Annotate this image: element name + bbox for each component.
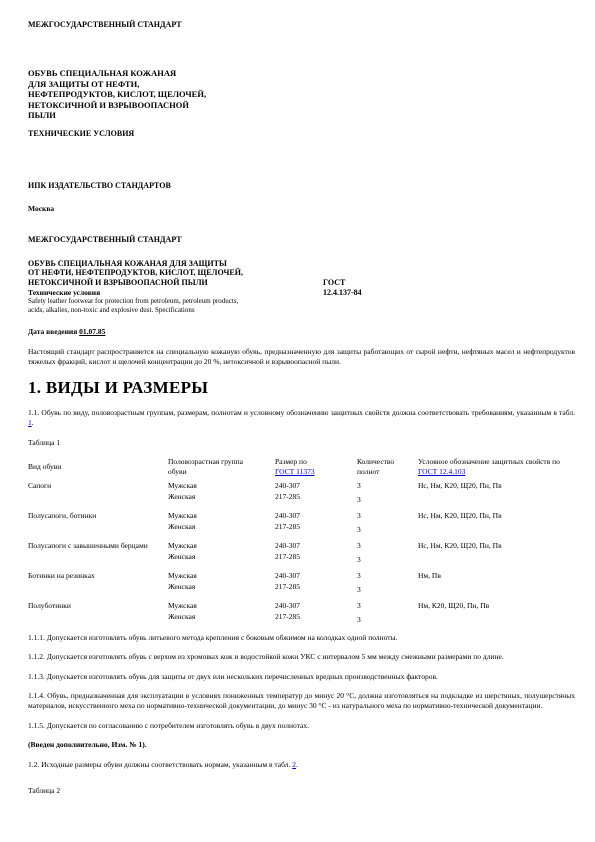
table-1-caption: Таблица 1: [28, 438, 575, 448]
paragraph-1-1-period: .: [32, 418, 34, 427]
standard-header-repeat: МЕЖГОСУДАРСТВЕННЫЙ СТАНДАРТ: [28, 235, 575, 245]
header-protection-designation: Условное обозначение защитных свойств по…: [418, 457, 575, 481]
document-subtitle: ТЕХНИЧЕСКИЕ УСЛОВИЯ: [28, 129, 575, 139]
effective-date-label: Дата введения: [28, 327, 79, 336]
document-title-block: ОБУВЬ СПЕЦИАЛЬНАЯ КОЖАНАЯ ДЛЯ ЗАЩИТЫ ОТ …: [28, 68, 575, 121]
standard-header-top: МЕЖГОСУДАРСТВЕННЫЙ СТАНДАРТ: [28, 20, 575, 30]
cell-designation: Нм, К20, Щ20, Пн, Пв: [418, 601, 575, 631]
cell-footwear-type: Полусапоги, ботинки: [28, 511, 168, 541]
paragraph-1-2-period: .: [296, 760, 298, 769]
cell-width-count: 33: [357, 481, 418, 511]
title-line: ОБУВЬ СПЕЦИАЛЬНАЯ КОЖАНАЯ: [28, 68, 575, 79]
standard-title-line: НЕТОКСИЧНОЙ И ВЗРЫВООПАСНОЙ ПЫЛИ: [28, 278, 575, 288]
effective-date-line: Дата введения 01.07.85: [28, 327, 575, 337]
paragraph-1-1-4: 1.1.4. Обувь, предназначенная для эксплу…: [28, 691, 575, 711]
link-gost-12-4-103[interactable]: ГОСТ 12.4.103: [418, 467, 465, 476]
cell-width-count: 33: [357, 541, 418, 571]
paragraph-1-1-5: 1.1.5. Допускается по согласованию с пот…: [28, 721, 575, 731]
effective-date-value: 01.07.85: [79, 327, 105, 336]
cell-designation: Нм, Пв: [418, 571, 575, 601]
gost-label: ГОСТ: [323, 278, 362, 288]
standard-title-ru: ОБУВЬ СПЕЦИАЛЬНАЯ КОЖАНАЯ ДЛЯ ЗАЩИТЫ ОТ …: [28, 259, 575, 288]
standard-subtitle-ru: Технические условия: [28, 288, 575, 298]
paragraph-1-1-text: 1.1. Обувь по виду, половозрастным групп…: [28, 408, 575, 417]
cell-footwear-type: Ботинки на резинках: [28, 571, 168, 601]
cell-size: 240-307217-285: [275, 541, 357, 571]
cell-size: 240-307217-285: [275, 481, 357, 511]
paragraph-1-2-text: 1.2. Исходные размеры обуви должны соотв…: [28, 760, 292, 769]
document-page: МЕЖГОСУДАРСТВЕННЫЙ СТАНДАРТ ОБУВЬ СПЕЦИА…: [0, 0, 595, 842]
table-row: Полуботинки МужскаяЖенская 240-307217-28…: [28, 601, 575, 631]
cell-group: МужскаяЖенская: [168, 481, 275, 511]
title-line: НЕФТЕПРОДУКТОВ, КИСЛОТ, ЩЕЛОЧЕЙ,: [28, 89, 575, 100]
gost-number-block: ГОСТ 12.4.137-84: [323, 278, 362, 298]
paragraph-1-1-2: 1.1.2. Допускается изготовлять обувь с в…: [28, 652, 575, 662]
cell-designation: Нс, Нм, К20, Щ20, Пн, Пв: [418, 511, 575, 541]
section-1-heading: 1. ВИДЫ И РАЗМЕРЫ: [28, 378, 575, 397]
paragraph-1-1: 1.1. Обувь по виду, половозрастным групп…: [28, 408, 575, 428]
header-size: Размер по ГОСТ 11373: [275, 457, 357, 481]
cell-group: МужскаяЖенская: [168, 541, 275, 571]
paragraph-1-2: 1.2. Исходные размеры обуви должны соотв…: [28, 760, 575, 770]
cell-size: 240-307217-285: [275, 601, 357, 631]
title-line: ПЫЛИ: [28, 110, 575, 121]
cell-designation: Нс, Нм, К20, Щ20, Пн, Пв: [418, 541, 575, 571]
standard-title-en-line: Safety leather footwear for protection f…: [28, 297, 575, 306]
intro-paragraph: Настоящий стандарт распространяется на с…: [28, 347, 575, 367]
amendment-note: (Введен дополнительно, Изм. № 1).: [28, 740, 575, 750]
cell-size: 240-307217-285: [275, 511, 357, 541]
header-sex-age-group: Половозрастная группа обуви: [168, 457, 275, 481]
standard-title-en: Safety leather footwear for protection f…: [28, 297, 575, 315]
table-2-caption: Таблица 2: [28, 786, 575, 796]
standard-title-line: ОТ НЕФТИ, НЕФТЕПРОДУКТОВ, КИСЛОТ, ЩЕЛОЧЕ…: [28, 268, 575, 278]
cell-designation: Нс, Нм, К20, Щ20, Пн, Пв: [418, 481, 575, 511]
cell-footwear-type: Полусапоги с завышенными берцами: [28, 541, 168, 571]
table-1-header-row: Вид обуви Половозрастная группа обуви Ра…: [28, 457, 575, 481]
link-gost-11373[interactable]: ГОСТ 11373: [275, 467, 315, 476]
cell-group: МужскаяЖенская: [168, 601, 275, 631]
publisher-city: Москва: [28, 204, 575, 214]
publisher-name: ИПК ИЗДАТЕЛЬСТВО СТАНДАРТОВ: [28, 181, 575, 191]
paragraph-1-1-1: 1.1.1. Допускается изготовлять обувь лит…: [28, 633, 575, 643]
cell-size: 240-307217-285: [275, 571, 357, 601]
cell-footwear-type: Полуботинки: [28, 601, 168, 631]
cell-width-count: 33: [357, 511, 418, 541]
title-line: ДЛЯ ЗАЩИТЫ ОТ НЕФТИ,: [28, 79, 575, 90]
paragraph-1-1-3: 1.1.3. Допускается изготовлять обувь для…: [28, 672, 575, 682]
standard-title-block: ОБУВЬ СПЕЦИАЛЬНАЯ КОЖАНАЯ ДЛЯ ЗАЩИТЫ ОТ …: [28, 259, 575, 316]
cell-width-count: 33: [357, 601, 418, 631]
cell-footwear-type: Сапоги: [28, 481, 168, 511]
standard-title-line: ОБУВЬ СПЕЦИАЛЬНАЯ КОЖАНАЯ ДЛЯ ЗАЩИТЫ: [28, 259, 575, 269]
cell-group: МужскаяЖенская: [168, 511, 275, 541]
standard-title-en-line: acids, alkalies, non-toxic and explosive…: [28, 306, 575, 315]
cell-group: МужскаяЖенская: [168, 571, 275, 601]
cell-width-count: 33: [357, 571, 418, 601]
table-row: Ботинки на резинках МужскаяЖенская 240-3…: [28, 571, 575, 601]
table-1: Вид обуви Половозрастная группа обуви Ра…: [28, 457, 575, 631]
header-footwear-type: Вид обуви: [28, 457, 168, 481]
title-line: НЕТОКСИЧНОЙ И ВЗРЫВООПАСНОЙ: [28, 100, 575, 111]
table-row: Полусапоги с завышенными берцами Мужская…: [28, 541, 575, 571]
table-row: Сапоги МужскаяЖенская 240-307217-285 33 …: [28, 481, 575, 511]
header-width-count: Количество полнот: [357, 457, 418, 481]
table-row: Полусапоги, ботинки МужскаяЖенская 240-3…: [28, 511, 575, 541]
gost-number: 12.4.137-84: [323, 288, 362, 298]
